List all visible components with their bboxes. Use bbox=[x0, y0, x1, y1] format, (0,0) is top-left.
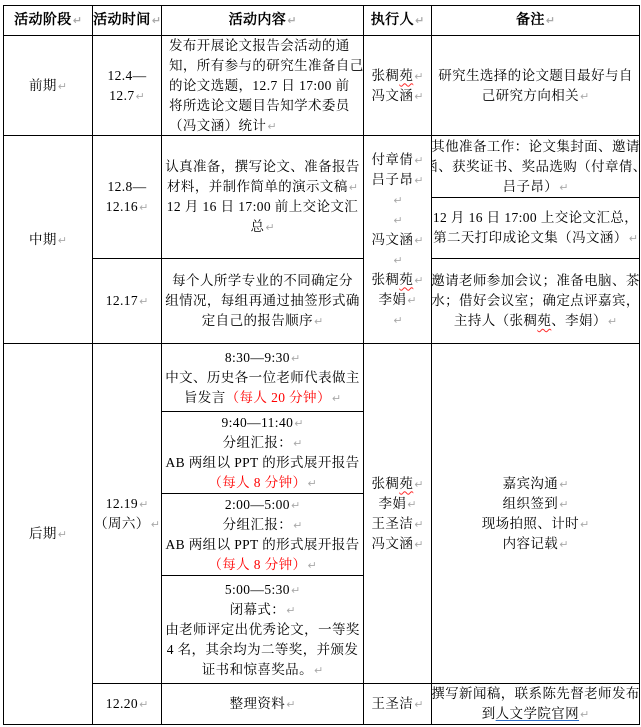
paragraph-mark-icon: ↵ bbox=[414, 174, 423, 187]
paragraph-mark-icon: ↵ bbox=[58, 80, 67, 93]
text-line: 中文、历史各一位老师代表做主 bbox=[165, 368, 360, 388]
text-segment: 邀请老师参加会议；准备电脑、茶 bbox=[432, 273, 640, 288]
text-segment: 活动时间 bbox=[93, 13, 151, 28]
text-line: 分组汇报：↵ bbox=[223, 515, 303, 535]
text-line: 现场拍照、计时↵ bbox=[482, 514, 590, 534]
paragraph-mark-icon: ↵ bbox=[414, 90, 423, 103]
text-line: 12.17↵ bbox=[106, 291, 149, 311]
text-line: 水；借好会议室；确定点评嘉宾， bbox=[432, 291, 640, 311]
text-line: 12.7↵ bbox=[109, 86, 144, 106]
text-segment: 后期 bbox=[29, 526, 57, 541]
text-segment: 己研究方向相关 bbox=[482, 88, 579, 103]
paragraph-mark-icon: ↵ bbox=[559, 181, 568, 194]
cell-time-r1: 12.4—12.7↵ bbox=[93, 36, 162, 136]
paragraph-mark-icon: ↵ bbox=[314, 315, 323, 328]
text-segment: 水；借好会议室；确定点评嘉宾， bbox=[432, 293, 640, 308]
text-segment: 第二天打印成论文集（冯文涵） bbox=[433, 230, 628, 245]
cell-executor-r1: 张稠苑↵冯文涵↵ bbox=[364, 36, 432, 136]
text-line: 4 名，其余均为二等奖，并颁发 bbox=[167, 640, 359, 660]
paragraph-mark-icon: ↵ bbox=[286, 604, 295, 617]
text-segment: 主持人（张稠 bbox=[454, 313, 537, 328]
text-line: 分组汇报：↵ bbox=[223, 433, 303, 453]
text-segment: 总 bbox=[250, 219, 264, 234]
paragraph-mark-icon: ↵ bbox=[580, 518, 589, 531]
cell-content-r2: 认真准备，撰写论文、准备报告材料，并制作简单的演示文稿↵12 月 16 日 17… bbox=[162, 136, 364, 259]
text-segment: 12 月 16 日 17:00 上交论文汇总， bbox=[433, 210, 638, 225]
text-line: 内容记载↵ bbox=[503, 534, 569, 554]
paragraph-mark-icon: ↵ bbox=[546, 14, 555, 27]
text-line: 12 月 16 日 17:00 前上交论文汇 bbox=[167, 197, 358, 217]
paragraph-mark-icon: ↵ bbox=[291, 499, 300, 512]
text-segment: 的论文选题，12.7 日 17:00 前 bbox=[169, 78, 350, 93]
cell-notes-r5: 嘉宾沟通↵组织签到↵现场拍照、计时↵内容记载↵ bbox=[432, 344, 640, 684]
text-segment: 王圣洁 bbox=[372, 696, 414, 711]
cell-time-r5: 12.19↵（周六）↵ bbox=[93, 344, 162, 684]
paragraph-mark-icon: ↵ bbox=[307, 559, 316, 572]
text-segment: 组织签到 bbox=[503, 496, 559, 511]
text-line: 第二天打印成论文集（冯文涵）↵ bbox=[433, 228, 638, 248]
cell-content-r7: 2:00—5:00↵分组汇报：↵AB 两组以 PPT 的形式展开报告（每人 8 … bbox=[162, 494, 364, 576]
paragraph-mark-icon: ↵ bbox=[393, 254, 402, 267]
text-line: 张稠苑↵ bbox=[372, 474, 424, 494]
paragraph-mark-icon: ↵ bbox=[414, 70, 423, 83]
text-line: 每个人所学专业的不同确定分 bbox=[172, 271, 353, 291]
cell-content-r4: 每个人所学专业的不同确定分组情况，每组再通过抽签形式确定自己的报告顺序↵ bbox=[162, 259, 364, 344]
text-segment: 王圣洁 bbox=[372, 516, 414, 531]
text-segment: 冯文涵 bbox=[372, 232, 414, 247]
cell-executor-r2: 付章倩↵吕子昂↵↵↵冯文涵↵↵张稠苑↵李娟↵↵ bbox=[364, 136, 432, 344]
text-line: 吕子昂↵ bbox=[372, 170, 424, 190]
text-line: AB 两组以 PPT 的形式展开报告 bbox=[165, 535, 359, 555]
text-segment: 活动阶段 bbox=[14, 13, 72, 28]
text-segment: 分组汇报： bbox=[223, 517, 293, 532]
text-line: 邀请老师参加会议；准备电脑、茶 bbox=[432, 271, 640, 291]
text-line: 函、获奖证书、奖品选购（付章倩、 bbox=[432, 157, 640, 177]
text-segment: 张稠 bbox=[372, 68, 400, 83]
text-line: AB 两组以 PPT 的形式展开报告 bbox=[165, 453, 359, 473]
text-segment: 发布开展论文报告会活动的通 bbox=[169, 38, 350, 53]
paragraph-mark-icon: ↵ bbox=[414, 538, 423, 551]
text-line: ↵ bbox=[392, 250, 402, 270]
text-line: 张稠苑↵ bbox=[372, 270, 424, 290]
text-line: 由老师评定出优秀论文，一等奖 bbox=[165, 620, 360, 640]
text-segment: 知，所有参与的研究生准备自己 bbox=[169, 58, 364, 73]
paragraph-mark-icon: ↵ bbox=[293, 519, 302, 532]
text-segment: 前期 bbox=[29, 78, 57, 93]
text-segment: 12.7 bbox=[109, 88, 134, 103]
highlighted-red-text: （每人 8 分钟） bbox=[208, 557, 306, 572]
paragraph-mark-icon: ↵ bbox=[307, 477, 316, 490]
text-line: 备注↵ bbox=[516, 11, 555, 31]
paragraph-mark-icon: ↵ bbox=[152, 14, 161, 27]
text-line: 12.16↵ bbox=[106, 197, 149, 217]
paragraph-mark-icon: ↵ bbox=[332, 392, 341, 405]
cell-executor-r9: 王圣洁↵ bbox=[364, 684, 432, 725]
paragraph-mark-icon: ↵ bbox=[139, 498, 148, 511]
text-segment: 函、获奖证书、奖品选购（付章倩、 bbox=[432, 159, 640, 174]
text-segment: 冯文涵 bbox=[372, 88, 414, 103]
cell-notes-r2: 其他准备工作：论文集封面、邀请函、获奖证书、奖品选购（付章倩、吕子昂）↵ bbox=[432, 136, 640, 198]
paragraph-mark-icon: ↵ bbox=[349, 181, 358, 194]
paragraph-mark-icon: ↵ bbox=[73, 14, 82, 27]
text-line: 证书和惊喜奖品。↵ bbox=[202, 660, 323, 680]
cell-time-r9: 12.20↵ bbox=[93, 684, 162, 725]
text-segment: 到 bbox=[482, 706, 496, 721]
text-segment: 内容记载 bbox=[503, 536, 559, 551]
text-segment: 冯文涵 bbox=[372, 536, 414, 551]
paragraph-mark-icon: ↵ bbox=[139, 698, 148, 711]
spellcheck-flagged-text: 苑 bbox=[399, 476, 413, 491]
text-line: 定自己的报告顺序↵ bbox=[202, 311, 323, 331]
schedule-table: 活动阶段↵活动时间↵活动内容↵执行人↵备注↵前期↵中期↵后期↵12.4—12.7… bbox=[3, 5, 640, 725]
text-line: 王圣洁↵ bbox=[372, 694, 424, 714]
paragraph-mark-icon: ↵ bbox=[414, 274, 423, 287]
cell-notes-r9: 撰写新闻稿，联系陈先督老师发布到人文学院官网↵ bbox=[432, 684, 640, 725]
text-segment: 12.8— bbox=[107, 179, 146, 194]
text-segment: 认真准备，撰写论文、准备报告 bbox=[165, 159, 360, 174]
paragraph-mark-icon: ↵ bbox=[580, 708, 589, 721]
text-segment: 吕子昂 bbox=[372, 172, 414, 187]
spellcheck-flagged-text: 苑 bbox=[399, 272, 413, 287]
text-line: 冯文涵↵ bbox=[372, 230, 424, 250]
text-line: 到人文学院官网↵ bbox=[482, 704, 590, 724]
paragraph-mark-icon: ↵ bbox=[293, 437, 302, 450]
paragraph-mark-icon: ↵ bbox=[559, 538, 568, 551]
text-segment: 活动内容 bbox=[229, 13, 287, 28]
text-segment: 由老师评定出优秀论文，一等奖 bbox=[165, 622, 360, 637]
cell-time-r2: 12.8—12.16↵ bbox=[93, 136, 162, 259]
paragraph-mark-icon: ↵ bbox=[291, 352, 300, 365]
text-line: 撰写新闻稿，联系陈先督老师发布 bbox=[432, 684, 640, 704]
text-line: 5:00—5:30↵ bbox=[225, 580, 300, 600]
paragraph-mark-icon: ↵ bbox=[629, 232, 638, 245]
text-line: 组情况，每组再通过抽签形式确 bbox=[165, 291, 360, 311]
paragraph-mark-icon: ↵ bbox=[559, 498, 568, 511]
text-line: 活动内容↵ bbox=[229, 11, 297, 31]
cell-executor-r5: 张稠苑↵李娟↵王圣洁↵冯文涵↵ bbox=[364, 344, 432, 684]
text-segment: 4 名，其余均为二等奖，并颁发 bbox=[167, 642, 359, 657]
text-segment: 将所选论文题目告知学术委员 bbox=[169, 98, 350, 113]
paragraph-mark-icon: ↵ bbox=[393, 314, 402, 327]
text-line: 冯文涵↵ bbox=[372, 534, 424, 554]
text-segment: 备注 bbox=[516, 13, 545, 28]
text-line: 闭幕式：↵ bbox=[230, 600, 296, 620]
text-line: 整理资料↵ bbox=[230, 694, 296, 714]
cell-content-r6: 9:40—11:40↵分组汇报：↵AB 两组以 PPT 的形式展开报告（每人 8… bbox=[162, 412, 364, 494]
paragraph-mark-icon: ↵ bbox=[407, 498, 416, 511]
text-line: 活动阶段↵ bbox=[14, 11, 82, 31]
text-line: 材料，并制作简单的演示文稿↵ bbox=[167, 177, 358, 197]
paragraph-mark-icon: ↵ bbox=[58, 234, 67, 247]
text-segment: 嘉宾沟通 bbox=[503, 476, 559, 491]
spellcheck-flagged-text: 苑 bbox=[399, 68, 413, 83]
text-line: 12.19↵ bbox=[106, 494, 149, 514]
paragraph-mark-icon: ↵ bbox=[286, 698, 295, 711]
header-time: 活动时间↵ bbox=[93, 6, 162, 36]
text-line: 12 月 16 日 17:00 上交论文汇总， bbox=[433, 208, 638, 228]
text-segment: 闭幕式： bbox=[230, 602, 286, 617]
text-line: 王圣洁↵ bbox=[372, 514, 424, 534]
text-line: 将所选论文题目告知学术委员 bbox=[169, 96, 350, 116]
text-segment: AB 两组以 PPT 的形式展开报告 bbox=[165, 455, 359, 470]
paragraph-mark-icon: ↵ bbox=[151, 518, 160, 531]
text-line: 嘉宾沟通↵ bbox=[503, 474, 569, 494]
text-segment: 李娟 bbox=[378, 496, 406, 511]
text-line: 张稠苑↵ bbox=[372, 66, 424, 86]
text-line: 研究生选择的论文题目最好与自 bbox=[438, 66, 633, 86]
text-line: 其他准备工作：论文集封面、邀请 bbox=[432, 137, 640, 157]
paragraph-mark-icon: ↵ bbox=[139, 201, 148, 214]
text-segment: 12.4— bbox=[107, 68, 146, 83]
text-line: 总↵ bbox=[250, 217, 274, 237]
text-line: （每人 8 分钟）↵ bbox=[208, 555, 316, 575]
text-line: 前期↵ bbox=[29, 76, 67, 96]
paragraph-mark-icon: ↵ bbox=[414, 234, 423, 247]
text-segment: （冯文涵）统计 bbox=[169, 118, 266, 133]
text-line: 后期↵ bbox=[29, 524, 67, 544]
text-segment: 2:00—5:00 bbox=[225, 497, 290, 512]
paragraph-mark-icon: ↵ bbox=[414, 698, 423, 711]
cell-stage-r2: 中期↵ bbox=[4, 136, 93, 344]
text-line: 12.4— bbox=[107, 66, 146, 86]
text-segment: 中期 bbox=[29, 232, 57, 247]
text-segment: 付章倩 bbox=[372, 152, 414, 167]
text-segment: 李娟 bbox=[378, 292, 406, 307]
highlighted-red-text: （每人 20 分钟） bbox=[226, 390, 331, 405]
text-segment: 12 月 16 日 17:00 前上交论文汇 bbox=[167, 199, 358, 214]
cell-content-r9: 整理资料↵ bbox=[162, 684, 364, 725]
text-line: 主持人（张稠苑、李娟）↵ bbox=[454, 311, 617, 331]
text-segment: 定自己的报告顺序 bbox=[202, 313, 313, 328]
text-line: 活动时间↵ bbox=[93, 11, 161, 31]
header-notes: 备注↵ bbox=[432, 6, 640, 36]
text-line: 李娟↵ bbox=[378, 290, 416, 310]
cell-content-r5: 8:30—9:30↵中文、历史各一位老师代表做主旨发言（每人 20 分钟）↵ bbox=[162, 344, 364, 412]
text-segment: 12.19 bbox=[106, 496, 138, 511]
paragraph-mark-icon: ↵ bbox=[580, 90, 589, 103]
cell-stage-r5: 后期↵ bbox=[4, 344, 93, 725]
text-line: 发布开展论文报告会活动的通 bbox=[169, 36, 350, 56]
text-segment: 12.17 bbox=[106, 293, 138, 308]
text-segment: 整理资料 bbox=[230, 696, 286, 711]
spellcheck-flagged-text: 苑 bbox=[537, 313, 551, 328]
paragraph-mark-icon: ↵ bbox=[139, 295, 148, 308]
text-line: 8:30—9:30↵ bbox=[225, 348, 300, 368]
text-line: 知，所有参与的研究生准备自己 bbox=[169, 56, 364, 76]
paragraph-mark-icon: ↵ bbox=[414, 154, 423, 167]
text-segment: 执行人 bbox=[371, 13, 414, 28]
paragraph-mark-icon: ↵ bbox=[415, 14, 424, 27]
text-segment: 组情况，每组再通过抽签形式确 bbox=[165, 293, 360, 308]
paragraph-mark-icon: ↵ bbox=[291, 584, 300, 597]
text-line: 旨发言（每人 20 分钟）↵ bbox=[184, 388, 341, 408]
text-line: 执行人↵ bbox=[371, 11, 424, 31]
text-segment: AB 两组以 PPT 的形式展开报告 bbox=[165, 537, 359, 552]
text-line: 12.20↵ bbox=[106, 694, 149, 714]
cell-content-r1: 发布开展论文报告会活动的通知，所有参与的研究生准备自己的论文选题，12.7 日 … bbox=[162, 36, 364, 136]
text-line: 9:40—11:40↵ bbox=[222, 413, 304, 433]
text-line: ↵ bbox=[392, 190, 402, 210]
cell-notes-r3: 12 月 16 日 17:00 上交论文汇总，第二天打印成论文集（冯文涵）↵ bbox=[432, 198, 640, 259]
text-line: （周六）↵ bbox=[94, 514, 160, 534]
text-segment: 材料，并制作简单的演示文稿 bbox=[167, 179, 348, 194]
text-segment: 5:00—5:30 bbox=[225, 582, 290, 597]
text-segment: 吕子昂） bbox=[503, 179, 559, 194]
paragraph-mark-icon: ↵ bbox=[265, 221, 274, 234]
text-line: 吕子昂）↵ bbox=[503, 177, 569, 197]
text-line: 付章倩↵ bbox=[372, 150, 424, 170]
text-segment: 撰写新闻稿，联系陈先督老师发布 bbox=[432, 686, 640, 701]
paragraph-mark-icon: ↵ bbox=[414, 518, 423, 531]
text-line: 组织签到↵ bbox=[503, 494, 569, 514]
text-segment: 张稠 bbox=[372, 272, 400, 287]
paragraph-mark-icon: ↵ bbox=[58, 528, 67, 541]
text-line: 中期↵ bbox=[29, 230, 67, 250]
text-line: 的论文选题，12.7 日 17:00 前 bbox=[169, 76, 350, 96]
paragraph-mark-icon: ↵ bbox=[314, 664, 323, 677]
paragraph-mark-icon: ↵ bbox=[393, 194, 402, 207]
header-executor: 执行人↵ bbox=[364, 6, 432, 36]
text-line: （每人 8 分钟）↵ bbox=[208, 473, 316, 493]
paragraph-mark-icon: ↵ bbox=[287, 14, 296, 27]
text-segment: （周六） bbox=[94, 516, 150, 531]
paragraph-mark-icon: ↵ bbox=[608, 315, 617, 328]
text-segment: 旨发言 bbox=[184, 390, 226, 405]
paragraph-mark-icon: ↵ bbox=[407, 294, 416, 307]
text-segment: 其他准备工作：论文集封面、邀请 bbox=[432, 139, 640, 154]
text-segment: 12.16 bbox=[106, 199, 138, 214]
header-content: 活动内容↵ bbox=[162, 6, 364, 36]
highlighted-red-text: （每人 8 分钟） bbox=[208, 475, 306, 490]
paragraph-mark-icon: ↵ bbox=[294, 417, 303, 430]
cell-content-r8: 5:00—5:30↵闭幕式：↵由老师评定出优秀论文，一等奖4 名，其余均为二等奖… bbox=[162, 576, 364, 684]
text-line: （冯文涵）统计↵ bbox=[169, 116, 277, 136]
text-segment: 研究生选择的论文题目最好与自 bbox=[438, 68, 633, 83]
cell-notes-r1: 研究生选择的论文题目最好与自己研究方向相关↵ bbox=[432, 36, 640, 136]
text-line: 己研究方向相关↵ bbox=[482, 86, 590, 106]
paragraph-mark-icon: ↵ bbox=[267, 120, 276, 133]
text-line: 认真准备，撰写论文、准备报告 bbox=[165, 157, 360, 177]
text-segment: 张稠 bbox=[372, 476, 400, 491]
link-humanities-website[interactable]: 人文学院官网 bbox=[496, 706, 579, 721]
text-line: ↵ bbox=[392, 310, 402, 330]
cell-notes-r4: 邀请老师参加会议；准备电脑、茶水；借好会议室；确定点评嘉宾，主持人（张稠苑、李娟… bbox=[432, 259, 640, 344]
text-segment: 证书和惊喜奖品。 bbox=[202, 662, 313, 677]
text-segment: 8:30—9:30 bbox=[225, 350, 290, 365]
paragraph-mark-icon: ↵ bbox=[136, 90, 145, 103]
text-line: 李娟↵ bbox=[378, 494, 416, 514]
text-line: 12.8— bbox=[107, 177, 146, 197]
paragraph-mark-icon: ↵ bbox=[393, 214, 402, 227]
text-segment: 中文、历史各一位老师代表做主 bbox=[165, 370, 360, 385]
text-segment: 9:40—11:40 bbox=[222, 415, 294, 430]
cell-stage-r1: 前期↵ bbox=[4, 36, 93, 136]
text-segment: 12.20 bbox=[106, 696, 138, 711]
text-line: 2:00—5:00↵ bbox=[225, 495, 300, 515]
text-segment: 现场拍照、计时 bbox=[482, 516, 579, 531]
paragraph-mark-icon: ↵ bbox=[414, 478, 423, 491]
text-segment: 每个人所学专业的不同确定分 bbox=[172, 273, 353, 288]
text-line: 冯文涵↵ bbox=[372, 86, 424, 106]
header-stage: 活动阶段↵ bbox=[4, 6, 93, 36]
paragraph-mark-icon: ↵ bbox=[559, 478, 568, 491]
text-segment: 分组汇报： bbox=[223, 435, 293, 450]
text-segment: 、李娟） bbox=[551, 313, 607, 328]
text-line: ↵ bbox=[392, 210, 402, 230]
cell-time-r4: 12.17↵ bbox=[93, 259, 162, 344]
